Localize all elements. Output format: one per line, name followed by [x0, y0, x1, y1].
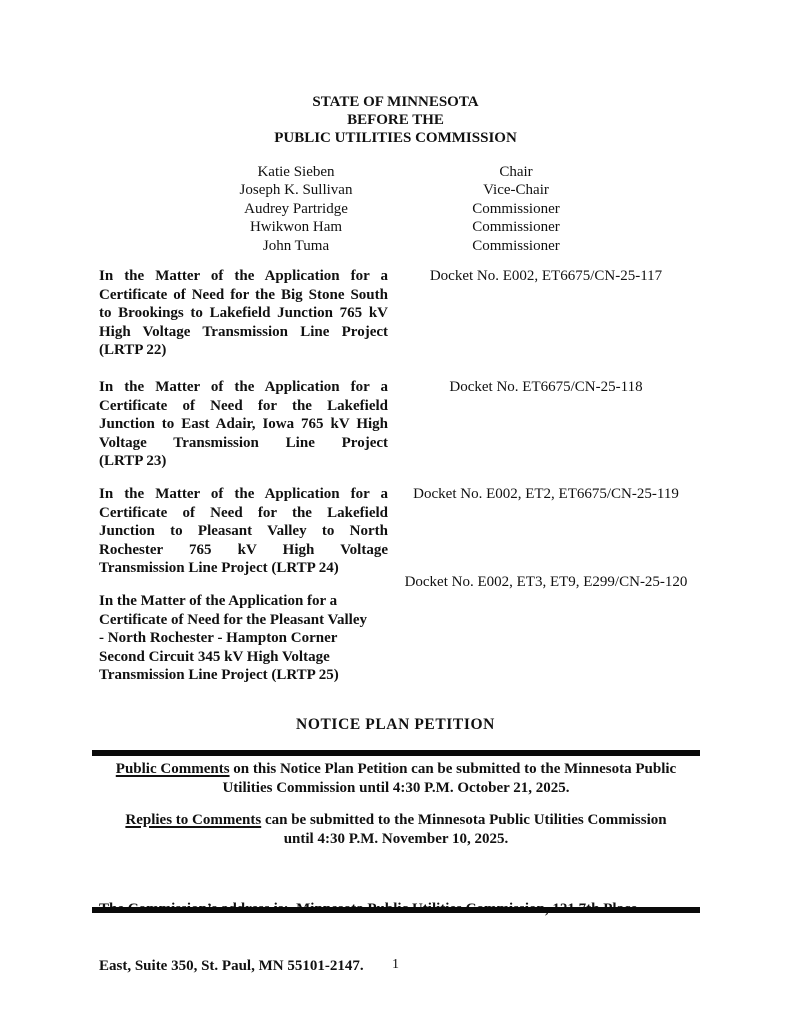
section-title: NOTICE PLAN PETITION — [0, 716, 791, 734]
matter-line: In the Matter of the Application for a — [99, 592, 388, 611]
header-line-commission: PUBLIC UTILITIES COMMISSION — [0, 129, 791, 147]
document-page: STATE OF MINNESOTA BEFORE THE PUBLIC UTI… — [0, 0, 791, 1024]
commissioner-row: John Tuma Commissioner — [176, 237, 616, 255]
matter-line: to Brookings to Lakefield Junction 765 k… — [99, 304, 388, 323]
matter-paragraph-lrtp25: In the Matter of the Application for aCe… — [99, 592, 388, 685]
replies-line-1: Replies to Comments can be submitted to … — [92, 811, 700, 830]
address-paragraph: The Commission’s address is: Minnesota P… — [99, 862, 700, 1014]
matter-paragraph-lrtp22: In the Matter of the Application for aCe… — [99, 267, 388, 360]
matter-line: Transmission Line Project (LRTP 24) — [99, 559, 388, 578]
header-line-before: BEFORE THE — [0, 111, 791, 129]
public-comments-paragraph: Public Comments on this Notice Plan Peti… — [92, 760, 700, 798]
commissioner-title: Vice-Chair — [416, 181, 616, 199]
docket-number-4: Docket No. E002, ET3, ET9, E299/CN-25-12… — [400, 573, 692, 592]
matter-line: Junction to East Adair, Iowa 765 kV High — [99, 415, 388, 434]
document-header: STATE OF MINNESOTA BEFORE THE PUBLIC UTI… — [0, 93, 791, 147]
docket-number-1: Docket No. E002, ET6675/CN-25-117 — [400, 267, 692, 286]
public-comments-lead: Public Comments — [116, 761, 230, 777]
matter-line: In the Matter of the Application for a — [99, 485, 388, 504]
page-number: 1 — [0, 957, 791, 973]
commissioner-row: Hwikwon Ham Commissioner — [176, 218, 616, 236]
matter-line: (LRTP 23) — [99, 452, 388, 471]
commissioner-row: Katie Sieben Chair — [176, 163, 616, 181]
replies-rest: can be submitted to the Minnesota Public… — [261, 812, 666, 828]
commissioners-list: Katie Sieben Chair Joseph K. Sullivan Vi… — [176, 163, 616, 255]
commissioner-name: Audrey Partridge — [176, 200, 416, 218]
commissioner-name: Joseph K. Sullivan — [176, 181, 416, 199]
matter-line: Second Circuit 345 kV High Voltage — [99, 648, 388, 667]
matter-paragraph-lrtp24: In the Matter of the Application for aCe… — [99, 485, 388, 578]
replies-lead: Replies to Comments — [125, 812, 261, 828]
public-comments-line-2: Utilities Commission until 4:30 P.M. Oct… — [92, 779, 700, 798]
docket-number-2: Docket No. ET6675/CN-25-118 — [400, 378, 692, 397]
public-comments-line-1: Public Comments on this Notice Plan Peti… — [92, 760, 700, 779]
matter-line: Rochester 765 kV High Voltage — [99, 541, 388, 560]
commissioner-row: Joseph K. Sullivan Vice-Chair — [176, 181, 616, 199]
matter-line: Certificate of Need for the Big Stone So… — [99, 286, 388, 305]
matter-paragraph-lrtp23: In the Matter of the Application for aCe… — [99, 378, 388, 471]
commissioner-name: Katie Sieben — [176, 163, 416, 181]
header-line-state: STATE OF MINNESOTA — [0, 93, 791, 111]
matter-line: High Voltage Transmission Line Project — [99, 323, 388, 342]
docket-number-3: Docket No. E002, ET2, ET6675/CN-25-119 — [400, 485, 692, 504]
matter-line: Transmission Line Project (LRTP 25) — [99, 666, 388, 685]
commissioner-name: Hwikwon Ham — [176, 218, 416, 236]
matter-line: In the Matter of the Application for a — [99, 267, 388, 286]
commissioner-row: Audrey Partridge Commissioner — [176, 200, 616, 218]
matter-line: Junction to Pleasant Valley to North — [99, 522, 388, 541]
replies-paragraph: Replies to Comments can be submitted to … — [92, 811, 700, 849]
matter-line: Voltage Transmission Line Project — [99, 434, 388, 453]
matter-line: (LRTP 22) — [99, 341, 388, 360]
commissioner-title: Commissioner — [416, 200, 616, 218]
matter-line: - North Rochester - Hampton Corner — [99, 629, 388, 648]
matter-line: Certificate of Need for the Lakefield — [99, 504, 388, 523]
notice-box-bottom-rule — [92, 907, 700, 913]
matter-line: In the Matter of the Application for a — [99, 378, 388, 397]
commissioner-title: Commissioner — [416, 218, 616, 236]
commissioner-title: Chair — [416, 163, 616, 181]
replies-line-2: until 4:30 P.M. November 10, 2025. — [92, 830, 700, 849]
commissioner-name: John Tuma — [176, 237, 416, 255]
matter-line: Certificate of Need for the Lakefield — [99, 397, 388, 416]
commissioner-title: Commissioner — [416, 237, 616, 255]
matter-line: Certificate of Need for the Pleasant Val… — [99, 611, 388, 630]
notice-box-top-rule — [92, 750, 700, 756]
public-comments-rest: on this Notice Plan Petition can be subm… — [230, 761, 677, 777]
